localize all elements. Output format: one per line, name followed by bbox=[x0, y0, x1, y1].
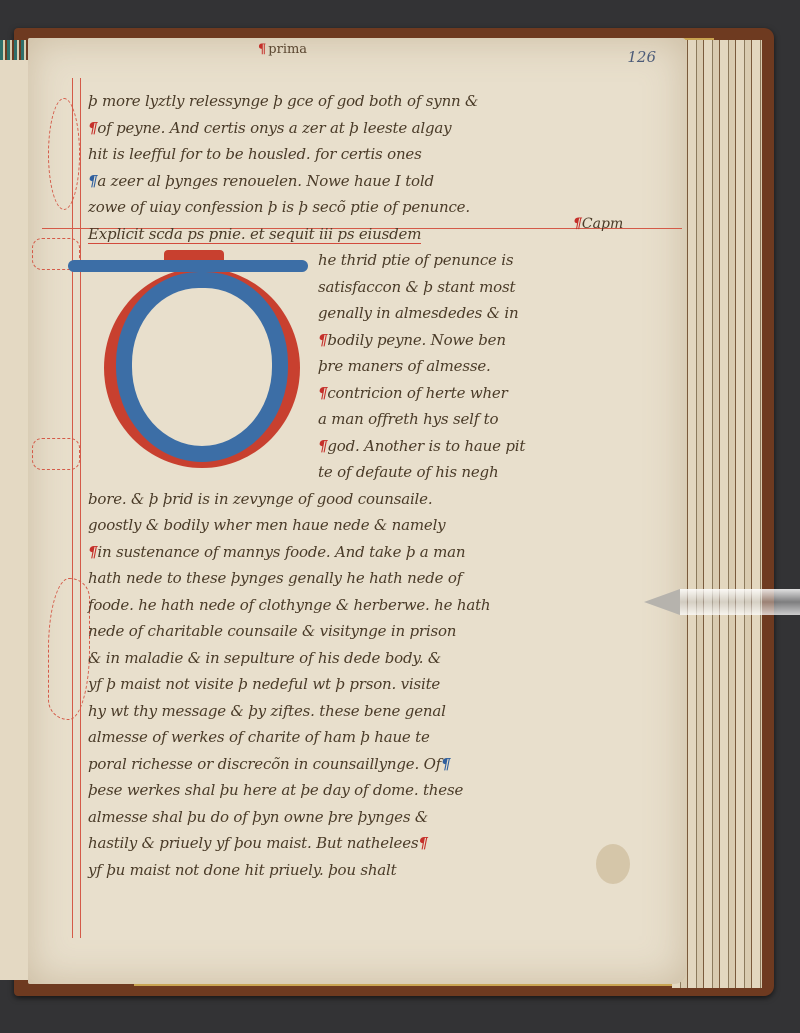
text-line: hy wt thy message & þy ziftes. these ben… bbox=[88, 698, 578, 725]
pilcrow-red-icon: ¶ bbox=[88, 543, 97, 561]
pointer-tip bbox=[644, 589, 680, 615]
text-line: poral richesse or discrecõn in counsaill… bbox=[88, 751, 578, 778]
text-line: yf þ maist not visite þ nedeful wt þ prs… bbox=[88, 671, 578, 698]
text-line: ¶contricion of herte wher bbox=[88, 380, 578, 407]
text-line: hastily & priuely yf þou maist. But nath… bbox=[88, 830, 578, 857]
folio-number: 126 bbox=[627, 48, 656, 66]
line-text: þese werkes shal þu here at þe day of do… bbox=[88, 781, 463, 799]
text-line: ¶god. Another is to haue pit bbox=[88, 433, 578, 460]
text-line: almesse of werkes of charite of ham þ ha… bbox=[88, 724, 578, 751]
line-text: a man offreth hys self to bbox=[318, 410, 498, 428]
text-line: te of defaute of his negh bbox=[88, 459, 578, 486]
text-line: zowe of uiay confession þ is þ secõ ptie… bbox=[88, 194, 578, 221]
line-text: a zeer al þynges renouelen. Nowe haue I … bbox=[97, 172, 434, 190]
line-text: Explicit scda ps pnie. et sequit iii ps … bbox=[88, 225, 421, 244]
line-text: bore. & þ þrid is in zevynge of good cou… bbox=[88, 490, 432, 508]
line-text: contricion of herte wher bbox=[327, 384, 507, 402]
ruling-line bbox=[72, 78, 73, 938]
line-text: yf þ maist not visite þ nedeful wt þ prs… bbox=[88, 675, 440, 693]
text-line: hath nede to these þynges genally he hat… bbox=[88, 565, 578, 592]
text-line: genally in almesdedes & in bbox=[88, 300, 578, 327]
capitulum-text: Capm bbox=[582, 216, 623, 232]
text-line: nede of charitable counsaile & visitynge… bbox=[88, 618, 578, 645]
line-text: hy wt thy message & þy ziftes. these ben… bbox=[88, 702, 446, 720]
line-text: þ more lyztly relessynge þ gce of god bo… bbox=[88, 92, 478, 110]
text-line: hit is leefful for to be housled. for ce… bbox=[88, 141, 578, 168]
pilcrow-red-icon: ¶ bbox=[318, 437, 327, 455]
text-line: þese werkes shal þu here at þe day of do… bbox=[88, 777, 578, 804]
line-text: of peyne. And certis onys a zer at þ lee… bbox=[97, 119, 451, 137]
text-line: he thrid ptie of penunce is bbox=[88, 247, 578, 274]
line-text: goostly & bodily wher men haue nede & na… bbox=[88, 516, 445, 534]
line-text: & in maladie & in sepulture of his dede … bbox=[88, 649, 441, 667]
line-text: in sustenance of mannys foode. And take … bbox=[97, 543, 465, 561]
line-text: poral richesse or discrecõn in counsaill… bbox=[88, 755, 441, 773]
text-line: a man offreth hys self to bbox=[88, 406, 578, 433]
text-line: ¶a zeer al þynges renouelen. Nowe haue I… bbox=[88, 168, 578, 195]
manuscript-page: 126 ¶prima ¶Capm þ more lyztly relessyng… bbox=[28, 38, 686, 984]
line-text: te of defaute of his negh bbox=[318, 463, 498, 481]
line-text: hath nede to these þynges genally he hat… bbox=[88, 569, 462, 587]
line-text: almesse of werkes of charite of ham þ ha… bbox=[88, 728, 430, 746]
pen-flourish bbox=[48, 98, 80, 210]
line-text: zowe of uiay confession þ is þ secõ ptie… bbox=[88, 198, 470, 216]
text-line: almesse shal þu do of þyn owne þre þynge… bbox=[88, 804, 578, 831]
text-line: ¶in sustenance of mannys foode. And take… bbox=[88, 539, 578, 566]
line-text: bodily peyne. Nowe ben bbox=[327, 331, 505, 349]
line-text: god. Another is to haue pit bbox=[327, 437, 525, 455]
pilcrow-red-icon: ¶ bbox=[88, 119, 97, 137]
pilcrow-icon: ¶ bbox=[258, 42, 266, 57]
pilcrow-blue-icon: ¶ bbox=[88, 172, 97, 190]
text-line: ¶bodily peyne. Nowe ben bbox=[88, 327, 578, 354]
text-line: satisfaccon & þ stant most bbox=[88, 274, 578, 301]
text-block: þ more lyztly relessynge þ gce of god bo… bbox=[88, 88, 578, 883]
line-text: þre maners of almesse. bbox=[318, 357, 491, 375]
line-text: he thrid ptie of penunce is bbox=[318, 251, 513, 269]
line-text: genally in almesdedes & in bbox=[318, 304, 519, 322]
line-text: satisfaccon & þ stant most bbox=[318, 278, 515, 296]
text-line: þre maners of almesse. bbox=[88, 353, 578, 380]
line-text: almesse shal þu do of þyn owne þre þynge… bbox=[88, 808, 428, 826]
pilcrow-blue-icon: ¶ bbox=[441, 755, 450, 773]
explicit-line: Explicit scda ps pnie. et sequit iii ps … bbox=[88, 221, 578, 248]
parchment-stain bbox=[596, 844, 630, 884]
running-head-text: prima bbox=[268, 42, 307, 57]
page-pointer-weight bbox=[644, 585, 800, 619]
text-line: þ more lyztly relessynge þ gce of god bo… bbox=[88, 88, 578, 115]
text-line: ¶of peyne. And certis onys a zer at þ le… bbox=[88, 115, 578, 142]
ruling-line bbox=[80, 78, 81, 938]
running-head: ¶prima bbox=[258, 42, 307, 57]
pen-flourish bbox=[48, 578, 90, 720]
text-line: goostly & bodily wher men haue nede & na… bbox=[88, 512, 578, 539]
line-text: yf þu maist not done hit priuely. þou sh… bbox=[88, 861, 396, 879]
line-text: hastily & priuely yf þou maist. But nath… bbox=[88, 834, 418, 852]
text-line: yf þu maist not done hit priuely. þou sh… bbox=[88, 857, 578, 884]
line-text: foode. he hath nede of clothynge & herbe… bbox=[88, 596, 490, 614]
capitulum-marker: ¶Capm bbox=[573, 216, 623, 232]
line-text: nede of charitable counsaile & visitynge… bbox=[88, 622, 456, 640]
pilcrow-red-icon: ¶ bbox=[418, 834, 427, 852]
line-text: hit is leefful for to be housled. for ce… bbox=[88, 145, 422, 163]
left-page-edge bbox=[0, 60, 31, 980]
pilcrow-red-icon: ¶ bbox=[318, 331, 327, 349]
gilt-line-bottom bbox=[134, 984, 734, 986]
text-line: bore. & þ þrid is in zevynge of good cou… bbox=[88, 486, 578, 513]
text-line: & in maladie & in sepulture of his dede … bbox=[88, 645, 578, 672]
text-line: foode. he hath nede of clothynge & herbe… bbox=[88, 592, 578, 619]
pilcrow-red-icon: ¶ bbox=[318, 384, 327, 402]
pointer-shaft bbox=[680, 589, 800, 615]
